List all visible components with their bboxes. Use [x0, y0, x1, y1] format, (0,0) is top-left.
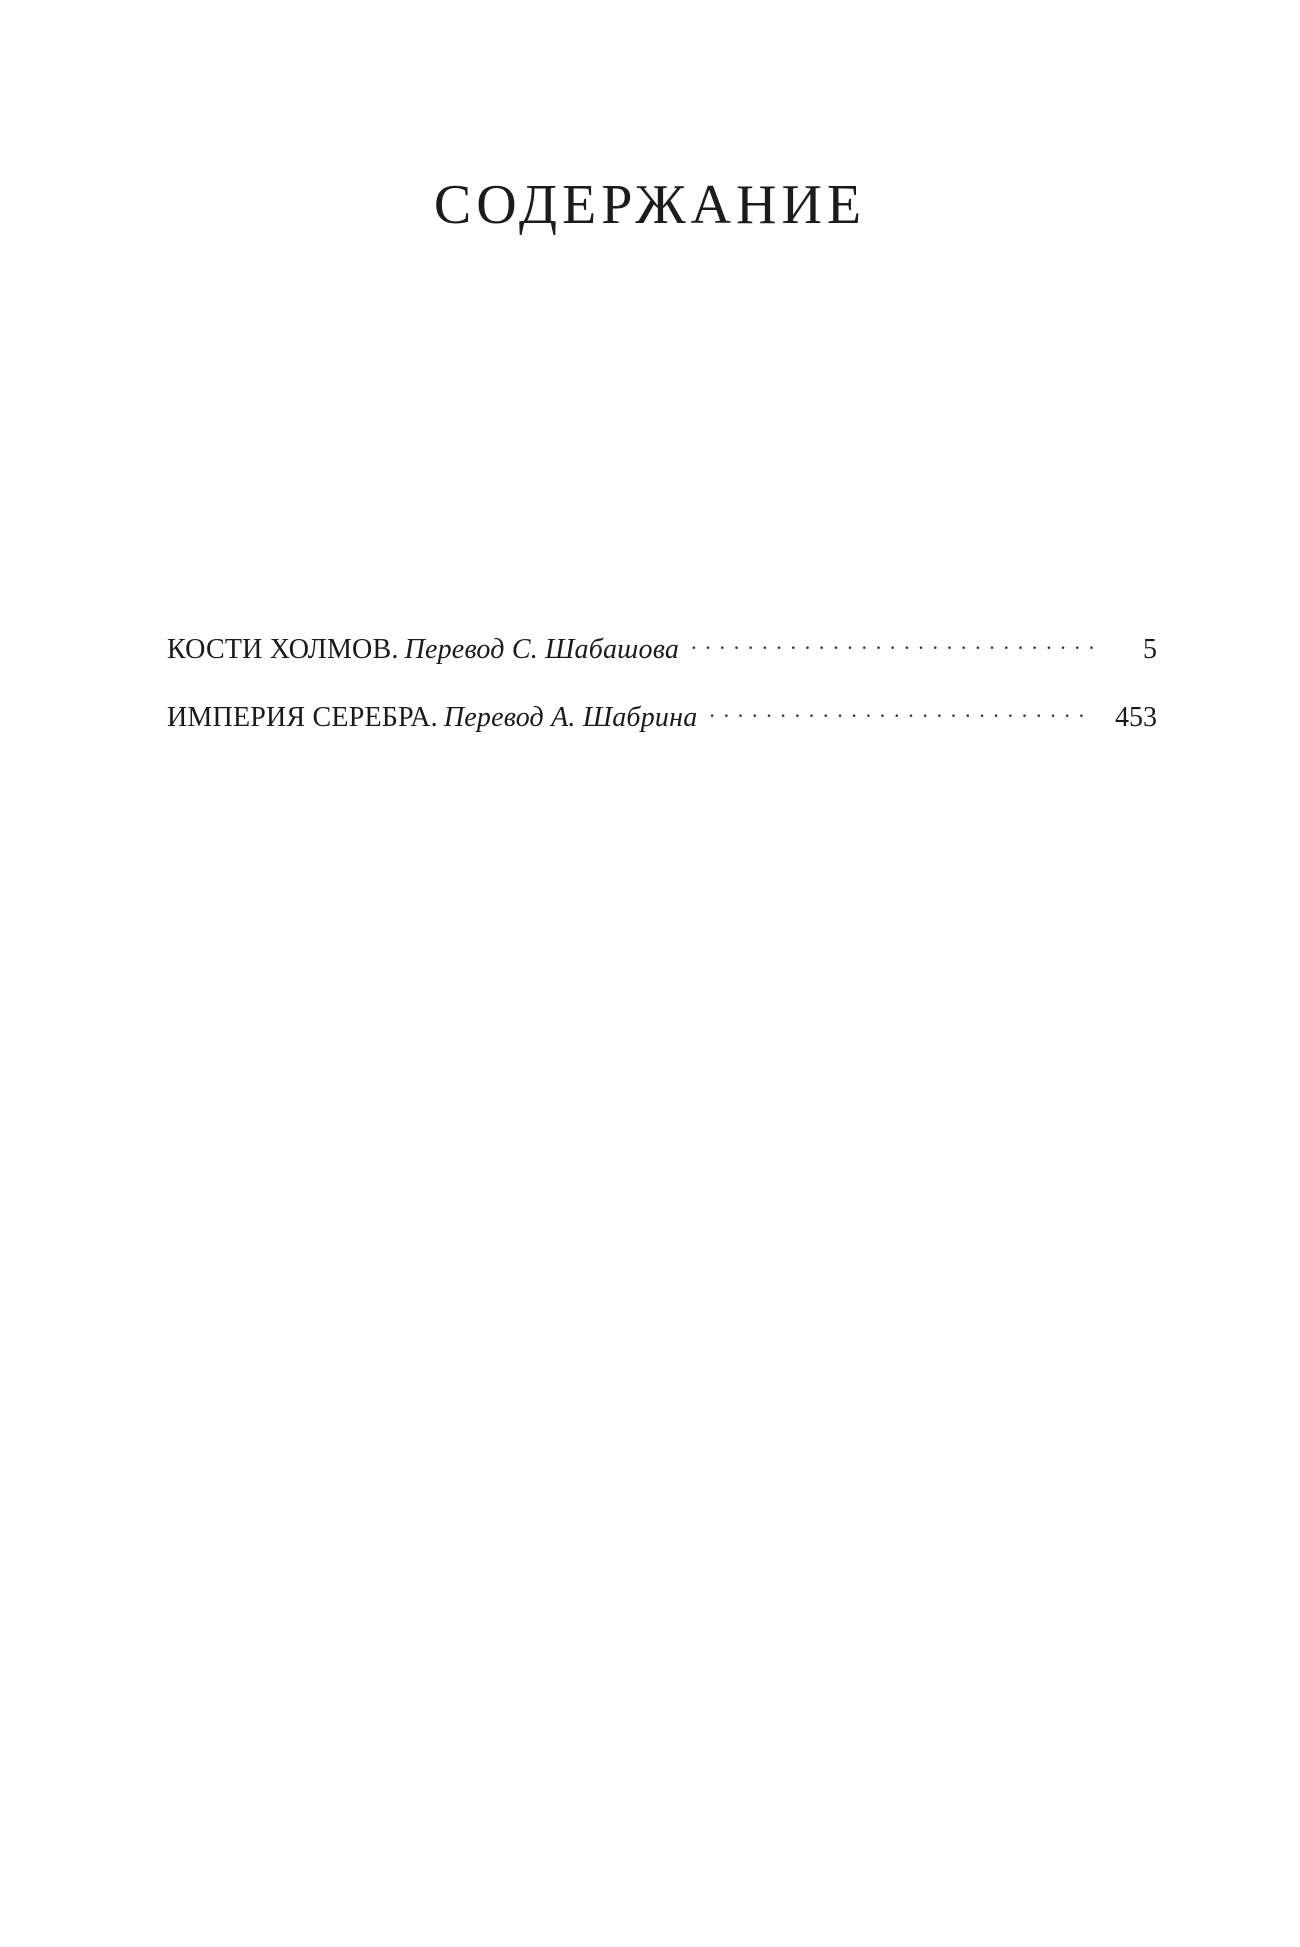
toc-entry-page-number: 5	[1107, 630, 1157, 670]
toc-entry[interactable]: КОСТИ ХОЛМОВ. Перевод С. Шабашова 5	[167, 630, 1157, 698]
toc-entry-page-number: 453	[1107, 698, 1157, 738]
toc-title: СОДЕРЖАНИЕ	[0, 170, 1300, 240]
toc-entry-work-title: ИМПЕРИЯ СЕРЕБРА.	[167, 698, 438, 738]
toc-entry-translator: Перевод А. Шабрина	[444, 698, 698, 738]
dot-leader	[691, 630, 1093, 658]
toc-entry-translator: Перевод С. Шабашова	[405, 630, 680, 670]
dot-leader	[709, 698, 1093, 726]
table-of-contents: КОСТИ ХОЛМОВ. Перевод С. Шабашова 5 ИМПЕ…	[167, 630, 1157, 766]
toc-entry-work-title: КОСТИ ХОЛМОВ.	[167, 630, 399, 670]
book-page: СОДЕРЖАНИЕ КОСТИ ХОЛМОВ. Перевод С. Шаба…	[0, 0, 1300, 1947]
toc-entry[interactable]: ИМПЕРИЯ СЕРЕБРА. Перевод А. Шабрина 453	[167, 698, 1157, 766]
